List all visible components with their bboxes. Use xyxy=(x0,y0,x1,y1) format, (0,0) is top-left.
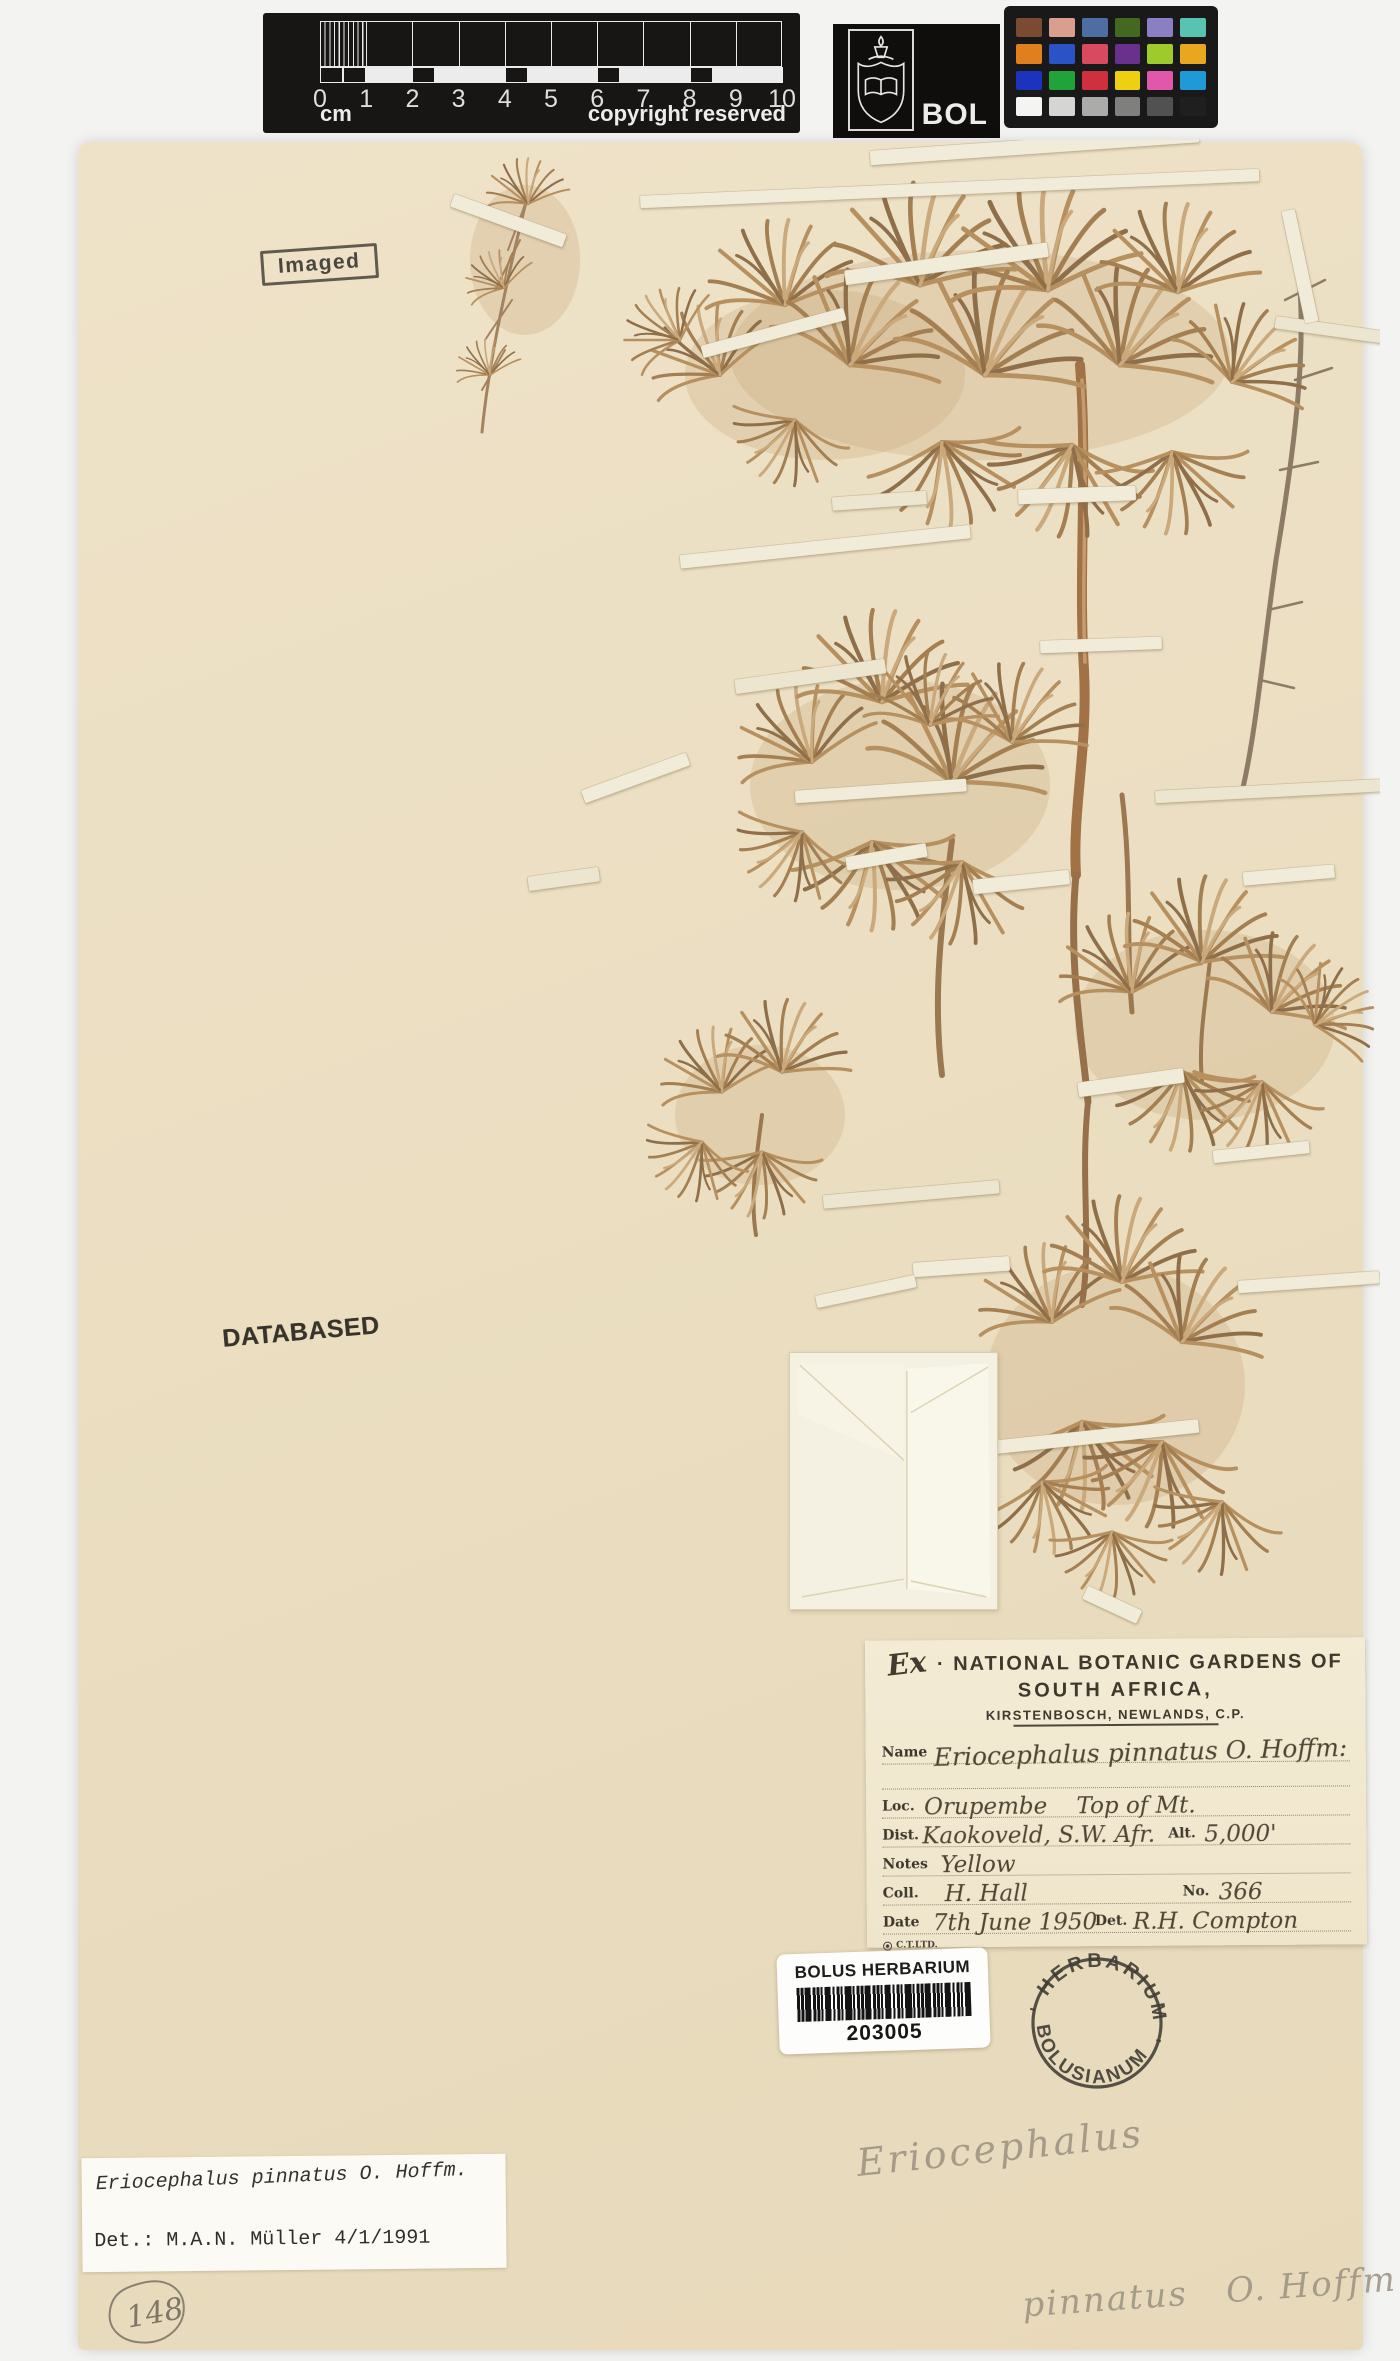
color-patch xyxy=(1016,18,1042,37)
stamp-right-dash: - xyxy=(1154,2029,1165,2050)
tape-strip xyxy=(972,869,1070,894)
tape-strip xyxy=(1238,1271,1380,1294)
color-patch xyxy=(1049,97,1075,116)
color-patch xyxy=(1082,18,1108,37)
foliage-tuft xyxy=(1050,1532,1172,1598)
ruler-mini-row xyxy=(320,67,783,83)
scale-bar: 012345678910 cm copyright reserved xyxy=(263,13,800,133)
color-checker xyxy=(1004,6,1218,128)
herbarium-logo-block: BOL xyxy=(833,24,1000,138)
crest-shield-icon xyxy=(850,31,912,129)
det-determiner-line: Det.: M.A.N. Müller 4/1/1991 xyxy=(94,2227,430,2254)
tape-strip xyxy=(1155,778,1380,803)
tape-strip xyxy=(869,140,1199,165)
tape-strip xyxy=(581,752,691,803)
label-fields: Name Eriocephalus pinnatus O. Hoffm: Loc… xyxy=(882,1728,1351,1934)
color-patch xyxy=(1049,18,1075,37)
tape-strip xyxy=(815,1274,917,1308)
color-patch xyxy=(1180,97,1206,116)
ruler-caption-row: cm copyright reserved xyxy=(320,101,786,127)
barcode-label: BOLUS HERBARIUM 203005 xyxy=(776,1947,990,2054)
tape-strip xyxy=(912,1256,1010,1278)
imaged-stamp-text: Imaged xyxy=(277,249,361,278)
color-patch xyxy=(1115,71,1141,90)
determination-label: Eriocephalus pinnatus O. Hoffm. Det.: M.… xyxy=(81,2154,506,2272)
plant-stem xyxy=(1242,228,1301,792)
color-patch xyxy=(1180,44,1206,63)
tape-strip xyxy=(1040,636,1162,653)
coll-handwriting: H. Hall xyxy=(945,1881,1028,1908)
tape-strip xyxy=(822,1180,1000,1209)
color-patch xyxy=(1180,18,1206,37)
color-patch xyxy=(1147,44,1173,63)
color-patch xyxy=(1016,71,1042,90)
ruler-unit-label: cm xyxy=(320,101,352,127)
tape-strip xyxy=(527,867,600,892)
color-patch xyxy=(1016,44,1042,63)
alt-handwriting: 5,000' xyxy=(1204,1821,1276,1848)
stamp-bottom-text: BOLUSIANUM xyxy=(1020,2018,1155,2102)
tape-strip xyxy=(1018,485,1136,504)
envelope-folds xyxy=(790,1353,997,1609)
color-patch xyxy=(1115,18,1141,37)
field-loc: Loc. Orupembe Top of Mt. xyxy=(882,1786,1350,1818)
herbarium-code: BOL xyxy=(922,98,988,132)
tape-strip xyxy=(1242,864,1335,886)
ruler-cells xyxy=(320,21,783,67)
stamp-left-dash: - xyxy=(1027,1998,1038,2019)
color-patch xyxy=(1115,44,1141,63)
field-notes: Notes Yellow xyxy=(882,1844,1350,1876)
label-header: Ex · NATIONAL BOTANIC GARDENS OF xyxy=(881,1646,1349,1680)
field-coll: Coll. H. Hall No. 366 xyxy=(883,1873,1351,1905)
printer-logo-icon xyxy=(883,1941,892,1950)
barcode xyxy=(796,1982,971,2022)
header-underline xyxy=(1013,1723,1218,1726)
university-crest-icon xyxy=(848,29,914,131)
tape-strip xyxy=(1212,1140,1310,1163)
color-patch xyxy=(1115,97,1141,116)
ex-script: Ex xyxy=(886,1644,929,1682)
field-date: Date 7th June 1950 Det. R.H. Compton xyxy=(883,1902,1351,1934)
field-dist: Dist. Kaokoveld, S.W. Afr. Alt. 5,000' xyxy=(882,1815,1350,1847)
institution-line1: · NATIONAL BOTANIC GARDENS OF xyxy=(937,1646,1343,1676)
seed-packet xyxy=(789,1352,998,1610)
copyright-label: copyright reserved xyxy=(588,101,786,127)
color-patch xyxy=(1049,71,1075,90)
collection-label: Ex · NATIONAL BOTANIC GARDENS OF SOUTH A… xyxy=(865,1637,1367,1947)
foliage-tuft xyxy=(1088,195,1261,301)
color-patch xyxy=(1147,97,1173,116)
field-name: Name Eriocephalus pinnatus O. Hoffm: xyxy=(882,1728,1350,1764)
color-patch xyxy=(1147,18,1173,37)
color-patch xyxy=(1016,97,1042,116)
plant-stem xyxy=(1082,1102,1088,1305)
plant-specimen xyxy=(80,140,1380,1700)
color-patch xyxy=(1082,97,1108,116)
color-patch xyxy=(1082,71,1108,90)
notes-handwriting: Yellow xyxy=(940,1852,1015,1879)
foliage-tuft xyxy=(447,329,522,386)
color-patch xyxy=(1049,44,1075,63)
institution-line3: KIRSTENBOSCH, NEWLANDS, C.P. xyxy=(881,1705,1349,1723)
det-species-line: Eriocephalus pinnatus O. Hoffm. xyxy=(95,2159,468,2196)
barcode-title: BOLUS HERBARIUM xyxy=(777,1956,989,1983)
det-handwriting: R.H. Compton xyxy=(1133,1908,1298,1935)
color-patch xyxy=(1180,71,1206,90)
tape-strip xyxy=(832,490,928,511)
field-blank-line xyxy=(882,1761,1350,1789)
tape-strip xyxy=(679,525,971,569)
color-patch xyxy=(1147,71,1173,90)
barcode-number: 203005 xyxy=(779,2017,991,2048)
institution-line2: SOUTH AFRICA, xyxy=(881,1677,1349,1703)
herbarium-scan: 012345678910 cm copyright reserved BOL xyxy=(0,0,1400,2361)
accession-number-oval: 148 xyxy=(94,2270,204,2360)
no-handwriting: 366 xyxy=(1219,1879,1263,1905)
color-patch xyxy=(1082,44,1108,63)
